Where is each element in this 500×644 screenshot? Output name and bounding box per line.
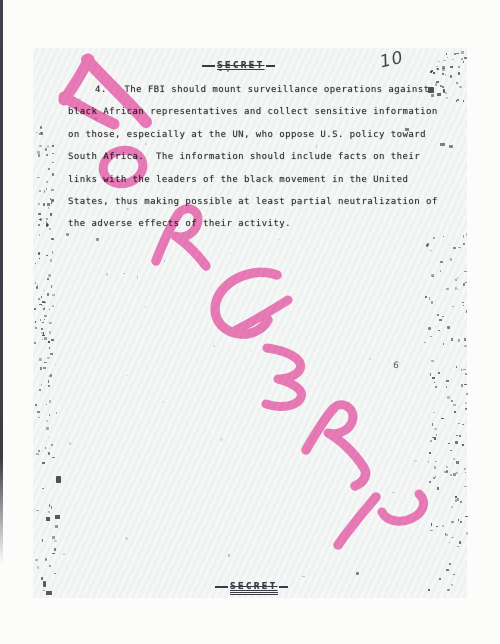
noise-speck: [432, 377, 435, 379]
noise-speck: [220, 438, 223, 441]
noise-speck: [43, 302, 45, 303]
noise-speck: [460, 501, 462, 503]
noise-speck: [38, 417, 40, 418]
noise-speck: [137, 276, 139, 278]
noise-speck: [52, 294, 55, 296]
noise-speck: [448, 443, 450, 444]
noise-speck: [38, 154, 40, 157]
noise-speck: [449, 145, 453, 148]
noise-speck: [446, 380, 448, 383]
noise-speck: [37, 566, 39, 569]
text-line: black African representatives and collec…: [68, 101, 454, 123]
noise-speck: [41, 328, 44, 331]
noise-speck: [436, 434, 437, 436]
noise-speck: [48, 452, 50, 455]
noise-speck: [46, 181, 48, 183]
noise-speck: [431, 301, 432, 304]
noise-speck: [464, 486, 467, 487]
noise-speck: [450, 75, 452, 77]
noise-speck: [451, 506, 453, 508]
noise-speck: [56, 476, 61, 483]
noise-speck: [463, 61, 464, 64]
noise-speck: [46, 404, 47, 405]
noise-speck: [47, 203, 49, 206]
noise-speck: [457, 498, 460, 500]
noise-speck: [428, 589, 430, 591]
noise-speck: [440, 270, 441, 273]
noise-speck: [463, 305, 464, 306]
noise-speck: [39, 389, 42, 392]
noise-speck: [435, 461, 436, 462]
noise-speck: [430, 530, 432, 532]
noise-speck: [430, 373, 431, 376]
text-line: links with the leaders of the black move…: [68, 169, 454, 191]
classification-header-text: SECRET: [217, 60, 265, 71]
noise-speck: [50, 353, 52, 355]
noise-speck: [441, 418, 444, 419]
classification-footer-text: SECRET: [230, 581, 278, 595]
noise-speck: [455, 499, 457, 501]
noise-speck: [42, 462, 45, 464]
noise-speck: [458, 423, 460, 424]
noise-speck: [35, 327, 38, 329]
noise-speck: [453, 247, 456, 249]
noise-speck: [466, 532, 468, 535]
noise-speck: [38, 224, 40, 226]
noise-speck: [54, 548, 56, 551]
scanner-edge-artifact: [0, 0, 3, 575]
noise-speck: [440, 143, 445, 146]
noise-speck: [45, 558, 47, 560]
noise-speck: [46, 224, 48, 226]
noise-speck: [436, 68, 437, 70]
noise-speck: [460, 521, 462, 524]
noise-speck: [458, 66, 460, 68]
noise-speck: [52, 145, 54, 147]
noise-speck: [164, 260, 165, 263]
noise-speck: [46, 188, 48, 190]
noise-speck: [78, 98, 81, 100]
noise-speck: [456, 435, 459, 436]
noise-speck: [431, 360, 434, 362]
noise-speck: [228, 554, 229, 556]
noise-speck: [47, 145, 49, 148]
noise-speck: [227, 70, 229, 72]
noise-speck: [464, 338, 466, 340]
noise-speck: [405, 128, 409, 131]
noise-speck: [52, 251, 53, 254]
noise-speck: [458, 289, 460, 290]
noise-speck: [430, 336, 431, 337]
noise-speck: [464, 57, 467, 58]
noise-speck: [462, 444, 464, 445]
noise-speck: [39, 358, 42, 360]
noise-speck: [42, 322, 45, 323]
noise-speck: [459, 86, 462, 88]
noise-speck: [46, 255, 48, 257]
noise-speck: [435, 386, 437, 388]
noise-speck: [438, 372, 440, 373]
noise-speck: [463, 243, 465, 244]
noise-speck: [442, 316, 444, 317]
noise-speck: [38, 450, 41, 451]
noise-speck: [434, 466, 436, 469]
classification-header: SECRET: [217, 53, 265, 72]
noise-speck: [442, 68, 444, 70]
noise-speck: [49, 504, 50, 507]
noise-speck: [44, 315, 47, 317]
noise-speck: [145, 143, 146, 145]
noise-speck: [302, 576, 305, 577]
noise-speck: [43, 581, 46, 587]
noise-speck: [37, 151, 40, 154]
noise-speck: [456, 53, 459, 55]
noise-speck: [443, 91, 444, 93]
noise-speck: [51, 506, 52, 508]
noise-speck: [452, 306, 453, 307]
noise-speck: [35, 404, 37, 407]
noise-speck: [36, 132, 37, 133]
noise-speck: [39, 258, 40, 260]
noise-speck: [464, 468, 466, 470]
noise-speck: [45, 447, 46, 449]
noise-speck: [39, 145, 42, 146]
noise-speck: [49, 400, 52, 403]
text-line: States, thus making possible at least pa…: [68, 191, 454, 213]
noise-speck: [44, 337, 47, 340]
noise-speck: [455, 279, 457, 282]
noise-speck: [50, 259, 52, 262]
noise-speck: [51, 238, 54, 240]
noise-speck: [213, 345, 215, 347]
noise-speck: [461, 51, 464, 54]
noise-speck: [451, 537, 454, 538]
noise-speck: [435, 476, 436, 478]
noise-speck: [49, 565, 51, 566]
noise-speck: [438, 61, 440, 62]
noise-speck: [38, 203, 40, 206]
noise-speck: [443, 60, 446, 61]
noise-speck: [457, 99, 459, 101]
noise-speck: [278, 239, 280, 240]
noise-speck: [49, 228, 50, 230]
noise-speck: [38, 213, 41, 215]
noise-speck: [465, 373, 468, 376]
noise-speck: [41, 132, 43, 135]
noise-speck: [431, 94, 434, 97]
noise-speck: [456, 461, 459, 464]
text-line: the adverse effects of their activity.: [68, 213, 454, 235]
noise-speck: [439, 319, 442, 321]
noise-speck: [49, 331, 50, 334]
noise-speck: [51, 199, 54, 201]
noise-speck: [49, 437, 50, 438]
noise-speck: [38, 298, 41, 300]
noise-speck: [46, 517, 50, 521]
noise-speck: [54, 573, 56, 575]
noise-speck: [464, 271, 467, 272]
noise-speck: [443, 236, 444, 237]
noise-speck: [457, 546, 459, 547]
noise-speck: [40, 319, 41, 320]
noise-speck: [66, 233, 69, 236]
noise-speck: [37, 411, 40, 412]
noise-speck: [425, 296, 428, 297]
noise-speck: [450, 66, 453, 68]
noise-speck: [466, 393, 468, 395]
noise-speck: [463, 369, 466, 371]
noise-speck: [445, 74, 446, 76]
noise-speck: [433, 72, 436, 74]
noise-speck: [39, 190, 41, 192]
noise-speck: [431, 523, 432, 525]
scanned-document-page: SECRET 10 4. The FBI should mount survei…: [33, 48, 467, 598]
noise-speck: [437, 314, 439, 317]
noise-speck: [453, 404, 456, 406]
noise-speck: [125, 537, 128, 540]
noise-speck: [48, 511, 51, 513]
noise-speck: [41, 384, 42, 386]
noise-speck: [442, 525, 444, 527]
noise-speck: [440, 261, 442, 263]
noise-speck: [454, 411, 455, 413]
noise-speck: [442, 86, 444, 88]
noise-speck: [462, 424, 464, 426]
noise-speck: [43, 367, 45, 369]
noise-speck: [443, 343, 444, 345]
noise-speck: [36, 453, 38, 455]
noise-speck: [44, 362, 47, 363]
noise-speck: [47, 278, 49, 280]
noise-speck: [44, 319, 45, 320]
noise-speck: [450, 474, 452, 476]
noise-speck: [434, 382, 436, 383]
noise-speck: [428, 327, 431, 330]
noise-speck: [49, 414, 50, 417]
text-line: 4. The FBI should mount surveillance ope…: [68, 79, 454, 101]
noise-speck: [47, 357, 50, 359]
noise-speck: [230, 253, 231, 255]
noise-speck: [450, 450, 451, 451]
noise-speck: [94, 117, 97, 119]
noise-speck: [465, 282, 467, 283]
noise-speck: [429, 452, 432, 454]
noise-speck: [163, 401, 164, 404]
noise-speck: [446, 288, 448, 290]
noise-speck: [40, 126, 41, 128]
noise-speck: [459, 541, 461, 544]
noise-speck: [461, 369, 463, 371]
noise-speck: [43, 203, 45, 205]
noise-speck: [51, 285, 52, 288]
noise-speck: [463, 283, 465, 286]
noise-speck: [456, 82, 458, 84]
noise-speck: [453, 574, 455, 575]
noise-speck: [434, 437, 436, 440]
noise-speck: [434, 428, 437, 430]
noise-speck: [447, 396, 449, 398]
noise-speck: [465, 408, 467, 410]
noise-speck: [447, 326, 450, 329]
noise-speck: [46, 427, 49, 429]
noise-speck: [463, 235, 464, 238]
noise-speck: [52, 536, 55, 539]
noise-speck: [126, 208, 128, 210]
noise-speck: [437, 487, 438, 490]
noise-speck: [437, 68, 439, 70]
noise-speck: [96, 238, 99, 241]
noise-speck: [49, 322, 52, 325]
handwritten-page-number: 10: [378, 48, 406, 73]
noise-speck: [48, 385, 50, 387]
classification-footer: SECRET: [230, 574, 278, 595]
noise-speck: [428, 87, 434, 93]
noise-speck: [438, 330, 440, 331]
noise-speck: [41, 577, 43, 580]
noise-speck: [462, 302, 464, 303]
noise-speck: [42, 335, 45, 337]
noise-speck: [446, 569, 448, 570]
noise-speck: [427, 243, 429, 246]
noise-speck: [445, 92, 447, 93]
noise-speck: [316, 145, 318, 147]
noise-speck: [35, 282, 36, 284]
noise-speck: [455, 496, 457, 498]
noise-speck: [464, 345, 467, 347]
document-paragraph: 4. The FBI should mount surveillance ope…: [68, 79, 454, 236]
noise-speck: [445, 534, 448, 535]
noise-speck: [219, 69, 222, 71]
text-line: on those, especially at the UN, who oppo…: [68, 124, 454, 146]
noise-speck: [449, 563, 451, 564]
noise-speck: [48, 274, 51, 277]
noise-speck: [449, 542, 450, 544]
noise-speck: [431, 274, 434, 277]
noise-speck: [451, 521, 453, 522]
noise-speck: [46, 591, 52, 595]
noise-speck: [429, 297, 430, 300]
noise-speck: [369, 358, 371, 361]
noise-speck: [343, 88, 345, 89]
noise-speck: [69, 442, 70, 444]
noise-speck: [50, 215, 51, 216]
noise-speck: [463, 100, 464, 102]
noise-speck: [439, 578, 442, 580]
noise-speck: [451, 338, 454, 340]
noise-speck: [52, 553, 55, 554]
noise-speck: [49, 347, 51, 349]
noise-speck: [51, 339, 53, 341]
noise-speck: [458, 339, 460, 342]
noise-speck: [437, 93, 441, 96]
noise-speck: [37, 177, 40, 178]
noise-speck: [414, 460, 416, 462]
noise-speck: [42, 339, 44, 340]
noise-speck: [35, 321, 36, 323]
noise-speck: [435, 83, 437, 85]
noise-speck: [461, 384, 464, 386]
noise-speck: [39, 219, 42, 220]
noise-speck: [55, 525, 58, 528]
noise-speck: [356, 572, 359, 575]
noise-speck: [466, 310, 467, 313]
noise-speck: [51, 189, 54, 190]
noise-speck: [466, 233, 467, 236]
text-line: South Africa. The information should inc…: [68, 146, 454, 168]
handwritten-digit-mark: 6: [392, 361, 399, 372]
noise-speck: [55, 515, 60, 519]
